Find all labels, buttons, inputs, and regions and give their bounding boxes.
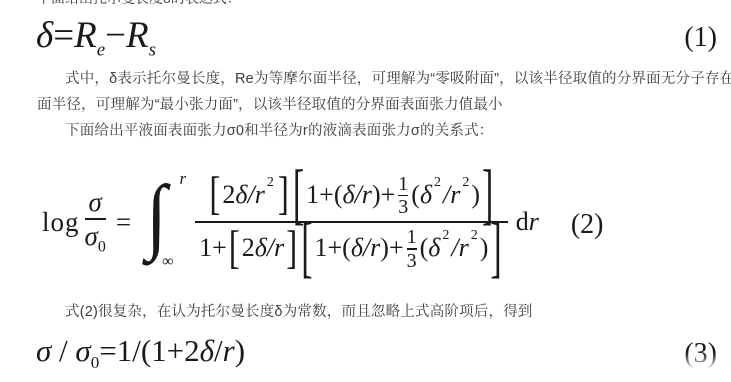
equation-1: δ=Re−Rs (1) — [36, 14, 717, 62]
numerator: [2δ/r2] [1+(δ/r)+ 13 (δ2/r2)] — [203, 172, 499, 220]
equation-2: log σ σ0 = ∫ r ∞ [2δ/r2] [1+(δ/r)+ 13 (δ… — [42, 148, 731, 296]
main-fraction: [2δ/r2] [1+(δ/r)+ 13 (δ2/r2)] 1+ [2δ/r] … — [195, 172, 508, 273]
denominator-factor-2: [1+(δ/r)+ 13 (δ2/r2)] — [299, 227, 504, 271]
fraction-bar — [85, 218, 106, 220]
differential-dr: dr — [516, 207, 539, 237]
paragraph-2: 下面给出平液面表面张力σ0和半径为r的液滴表面张力σ的关系式： — [65, 119, 494, 140]
equals-sign: = — [116, 207, 131, 238]
integral-lower-limit: ∞ — [162, 253, 173, 271]
fraction-bar — [195, 221, 508, 223]
one-third-fraction: 13 — [398, 174, 408, 218]
paragraph-1-line-1: 式中，δ表示托尔曼长度，Re为等摩尔面半径，可理解为“零吸附面”，以该半径取值的… — [65, 67, 731, 88]
left-bracket: [ — [229, 223, 240, 274]
equation-3: σ / σ0=1/(1+2δ/r) (3) — [36, 330, 717, 376]
clipped-top-text: 下面给出托尔曼长度δ的表达式： — [37, 0, 241, 7]
integral-upper-limit: r — [179, 169, 186, 189]
equation-2-number: (2) — [571, 209, 604, 241]
one-third-fraction: 13 — [407, 227, 417, 271]
document-page: 下面给出托尔曼长度δ的表达式： δ=Re−Rs (1) 式中，δ表示托尔曼长度，… — [0, 0, 731, 382]
lhs-fraction: σ σ0 — [85, 188, 106, 257]
equation-3-body: σ / σ0=1/(1+2δ/r) — [36, 333, 245, 373]
integral-sign: ∫ r ∞ — [143, 161, 189, 283]
equation-1-number: (1) — [684, 22, 717, 54]
numerator-factor-2: [1+(δ/r)+ 13 (δ2/r2)] — [291, 174, 496, 218]
right-bracket: ] — [278, 170, 289, 221]
left-bracket: [ — [301, 211, 312, 286]
right-bracket: ] — [490, 211, 501, 286]
log-operator: log — [42, 207, 80, 238]
paragraph-1-line-2: 面半径，可理解为“最小张力面”，以该半径取值的分界面表面张力值最小 — [37, 93, 503, 114]
left-bracket: [ — [209, 170, 220, 221]
denominator: 1+ [2δ/r] [1+(δ/r)+ 13 (δ2/r2)] — [195, 225, 508, 273]
paragraph-3: 式(2)很复杂，在认为托尔曼长度δ为常数，而且忽略上式高阶项后，得到 — [65, 300, 533, 321]
equation-1-body: δ=Re−Rs — [36, 14, 156, 61]
equation-3-number: (3) — [684, 338, 717, 370]
delta-symbol: δ — [36, 15, 53, 56]
right-bracket: ] — [286, 223, 297, 274]
